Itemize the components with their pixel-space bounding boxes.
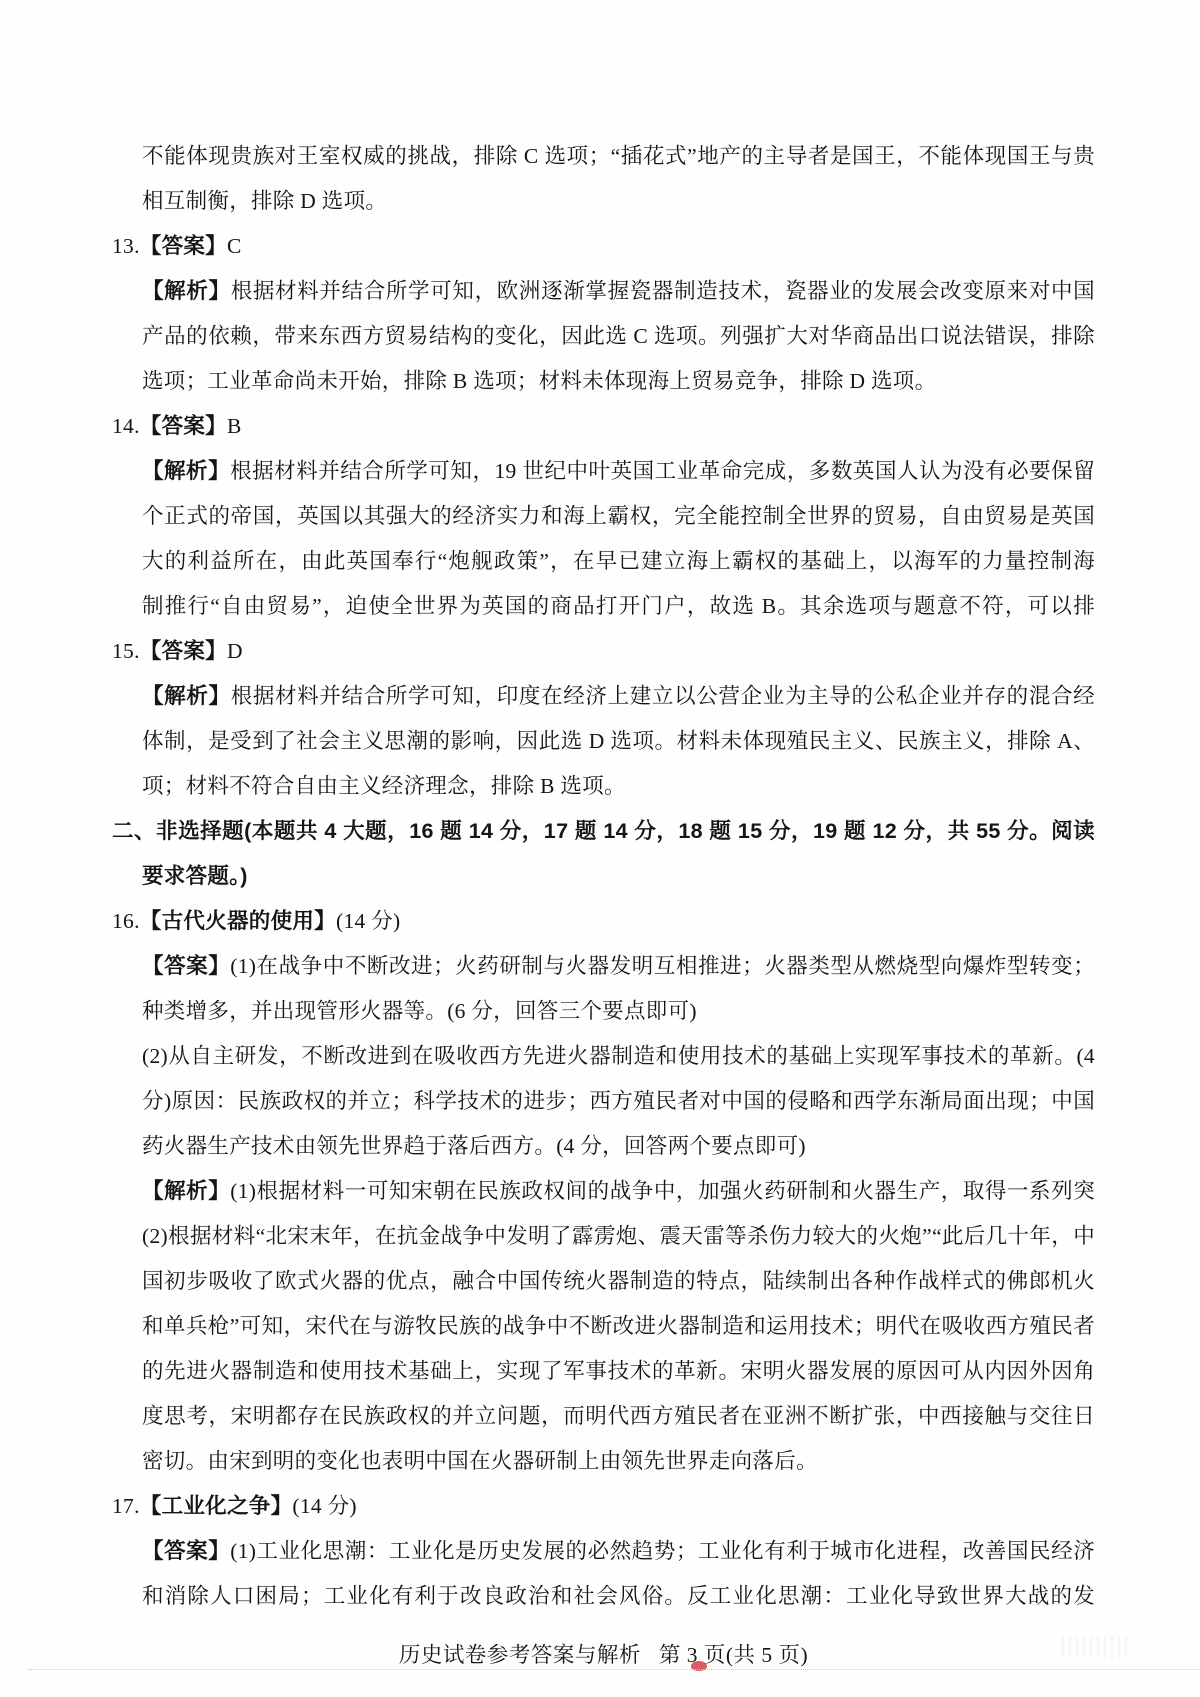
analysis-label: 【解析】	[142, 684, 231, 708]
scan-noise-artifact	[1062, 1636, 1132, 1658]
question-number: 16.	[112, 909, 140, 933]
question-14-answer: 14.【答案】B	[112, 404, 1095, 449]
answer-label: 【答案】	[142, 1539, 230, 1563]
question-16-answer-line: 分)原因：民族政权的并立；科学技术的进步；西方殖民者对中国的侵略和西学东渐局面出…	[112, 1079, 1095, 1124]
question-15-analysis-line: 体制，是受到了社会主义思潮的影响，因此选 D 选项。材料未体现殖民主义、民族主义…	[112, 719, 1095, 764]
question-13-analysis-line: 选项；工业革命尚未开始，排除 B 选项；材料未体现海上贸易竞争，排除 D 选项。	[112, 359, 1095, 404]
analysis-label: 【解析】	[142, 459, 230, 483]
carryover-line: 相互制衡，排除 D 选项。	[112, 179, 1095, 224]
answer-text: (1)在战争中不断改进；火药研制与火器发明互相推进；火器类型从燃烧型向爆炸型转变…	[142, 954, 1095, 989]
question-16-analysis-line: 【解析】(1)根据材料一可知宋朝在民族政权间的战争中，加强火药研制和火器生产，取…	[112, 1169, 1095, 1214]
question-15-analysis-line: 【解析】根据材料并结合所学可知，印度在经济上建立以公营企业为主导的公私企业并存的…	[112, 674, 1095, 719]
analysis-text: (1)根据材料一可知宋朝在民族政权间的战争中，加强火药研制和火器生产，取得一系列…	[142, 1179, 1095, 1214]
question-17-answer-line: 和消除人口困局；工业化有利于改良政治和社会风俗。反工业化思潮：工业化导致世界大战…	[112, 1574, 1095, 1619]
question-17-heading: 17.【工业化之争】(14 分)	[112, 1484, 1095, 1529]
question-16-answer-line: 【答案】(1)在战争中不断改进；火药研制与火器发明互相推进；火器类型从燃烧型向爆…	[112, 944, 1095, 989]
question-16-analysis-line: (2)根据材料“北宋末年，在抗金战争中发明了霹雳炮、震天雷等杀伤力较大的火炮”“…	[112, 1214, 1095, 1259]
answer-letter: D	[227, 639, 243, 663]
question-16-analysis-line: 国初步吸收了欧式火器的优点，融合中国传统火器制造的特点，陆续制出各种作战样式的佛…	[112, 1259, 1095, 1304]
carryover-line: 不能体现贵族对王室权威的挑战，排除 C 选项；“插花式”地产的主导者是国王，不能…	[112, 134, 1095, 179]
analysis-label: 【解析】	[142, 1179, 230, 1203]
question-16-analysis-line: 度思考，宋明都存在民族政权的并立问题，而明代西方殖民者在亚洲不断扩张，中西接触与…	[112, 1394, 1095, 1439]
question-16-heading: 16.【古代火器的使用】(14 分)	[112, 899, 1095, 944]
analysis-text: 根据材料并结合所学可知，19 世纪中叶英国工业革命完成，多数英国人认为没有必要保…	[142, 459, 1095, 494]
section-2-heading: 二、非选择题(本题共 4 大题，16 题 14 分，17 题 14 分，18 题…	[112, 809, 1095, 854]
question-14-analysis-line: 制推行“自由贸易”，迫使全世界为英国的商品打开门户，故选 B。其余选项与题意不符…	[112, 584, 1095, 629]
question-16-answer-line: 种类增多，并出现管形火器等。(6 分，回答三个要点即可)	[112, 989, 1095, 1034]
answer-label: 【答案】	[142, 954, 230, 978]
question-13-answer: 13.【答案】C	[112, 224, 1095, 269]
question-16-analysis-line: 密切。由宋到明的变化也表明中国在火器研制上由领先世界走向落后。	[112, 1439, 1095, 1484]
section-2-heading: 要求答题。)	[112, 854, 1095, 899]
question-score: (14 分)	[336, 909, 401, 933]
question-16-analysis-line: 的先进火器制造和使用技术基础上，实现了军事技术的革新。宋明火器发展的原因可从内因…	[112, 1349, 1095, 1394]
answer-label: 【答案】	[140, 234, 227, 258]
question-16-answer-line: (2)从自主研发，不断改进到在吸收西方先进火器制造和使用技术的基础上实现军事技术…	[112, 1034, 1095, 1079]
answer-sheet-content: 不能体现贵族对王室权威的挑战，排除 C 选项；“插花式”地产的主导者是国王，不能…	[112, 134, 1095, 1619]
page-number: 第 3 页(共 5 页)	[659, 1643, 808, 1667]
exam-answer-page: 不能体现贵族对王室权威的挑战，排除 C 选项；“插花式”地产的主导者是国王，不能…	[0, 0, 1200, 1697]
question-title: 【古代火器的使用】	[140, 909, 336, 933]
answer-label: 【答案】	[140, 414, 227, 438]
question-number: 14.	[112, 414, 140, 438]
question-13-analysis-line: 产品的依赖，带来东西方贸易结构的变化，因此选 C 选项。列强扩大对华商品出口说法…	[112, 314, 1095, 359]
question-15-answer: 15.【答案】D	[112, 629, 1095, 674]
answer-label: 【答案】	[140, 639, 227, 663]
question-15-analysis-line: 项；材料不符合自由主义经济理念，排除 B 选项。	[112, 764, 1095, 809]
question-14-analysis-line: 大的利益所在，由此英国奉行“炮舰政策”，在早已建立海上霸权的基础上，以海军的力量…	[112, 539, 1095, 584]
analysis-label: 【解析】	[142, 279, 231, 303]
question-17-answer-line: 【答案】(1)工业化思潮：工业化是历史发展的必然趋势；工业化有利于城市化进程，改…	[112, 1529, 1095, 1574]
analysis-text: 根据材料并结合所学可知，欧洲逐渐掌握瓷器制造技术，瓷器业的发展会改变原来对中国瓷…	[142, 279, 1095, 314]
page-footer: 历史试卷参考答案与解析第 3 页(共 5 页)	[112, 1638, 1095, 1669]
analysis-text: 根据材料并结合所学可知，印度在经济上建立以公营企业为主导的公私企业并存的混合经济	[142, 684, 1095, 719]
answer-text: (1)工业化思潮：工业化是历史发展的必然趋势；工业化有利于城市化进程，改善国民经…	[142, 1539, 1095, 1574]
scan-edge-dotted-line	[28, 1669, 1200, 1670]
footer-title: 历史试卷参考答案与解析	[399, 1643, 641, 1667]
question-14-analysis-line: 【解析】根据材料并结合所学可知，19 世纪中叶英国工业革命完成，多数英国人认为没…	[112, 449, 1095, 494]
question-16-analysis-line: 和单兵枪”可知，宋代在与游牧民族的战争中不断改进火器制造和运用技术；明代在吸收西…	[112, 1304, 1095, 1349]
question-number: 15.	[112, 639, 140, 663]
question-score: (14 分)	[292, 1494, 357, 1518]
question-13-analysis-line: 【解析】根据材料并结合所学可知，欧洲逐渐掌握瓷器制造技术，瓷器业的发展会改变原来…	[112, 269, 1095, 314]
answer-letter: C	[227, 234, 242, 258]
question-number: 17.	[112, 1494, 140, 1518]
question-number: 13.	[112, 234, 140, 258]
question-16-answer-line: 药火器生产技术由领先世界趋于落后西方。(4 分，回答两个要点即可)	[112, 1124, 1095, 1169]
question-14-analysis-line: 个正式的帝国，英国以其强大的经济实力和海上霸权，完全能控制全世界的贸易，自由贸易…	[112, 494, 1095, 539]
question-title: 【工业化之争】	[140, 1494, 293, 1518]
answer-letter: B	[227, 414, 242, 438]
